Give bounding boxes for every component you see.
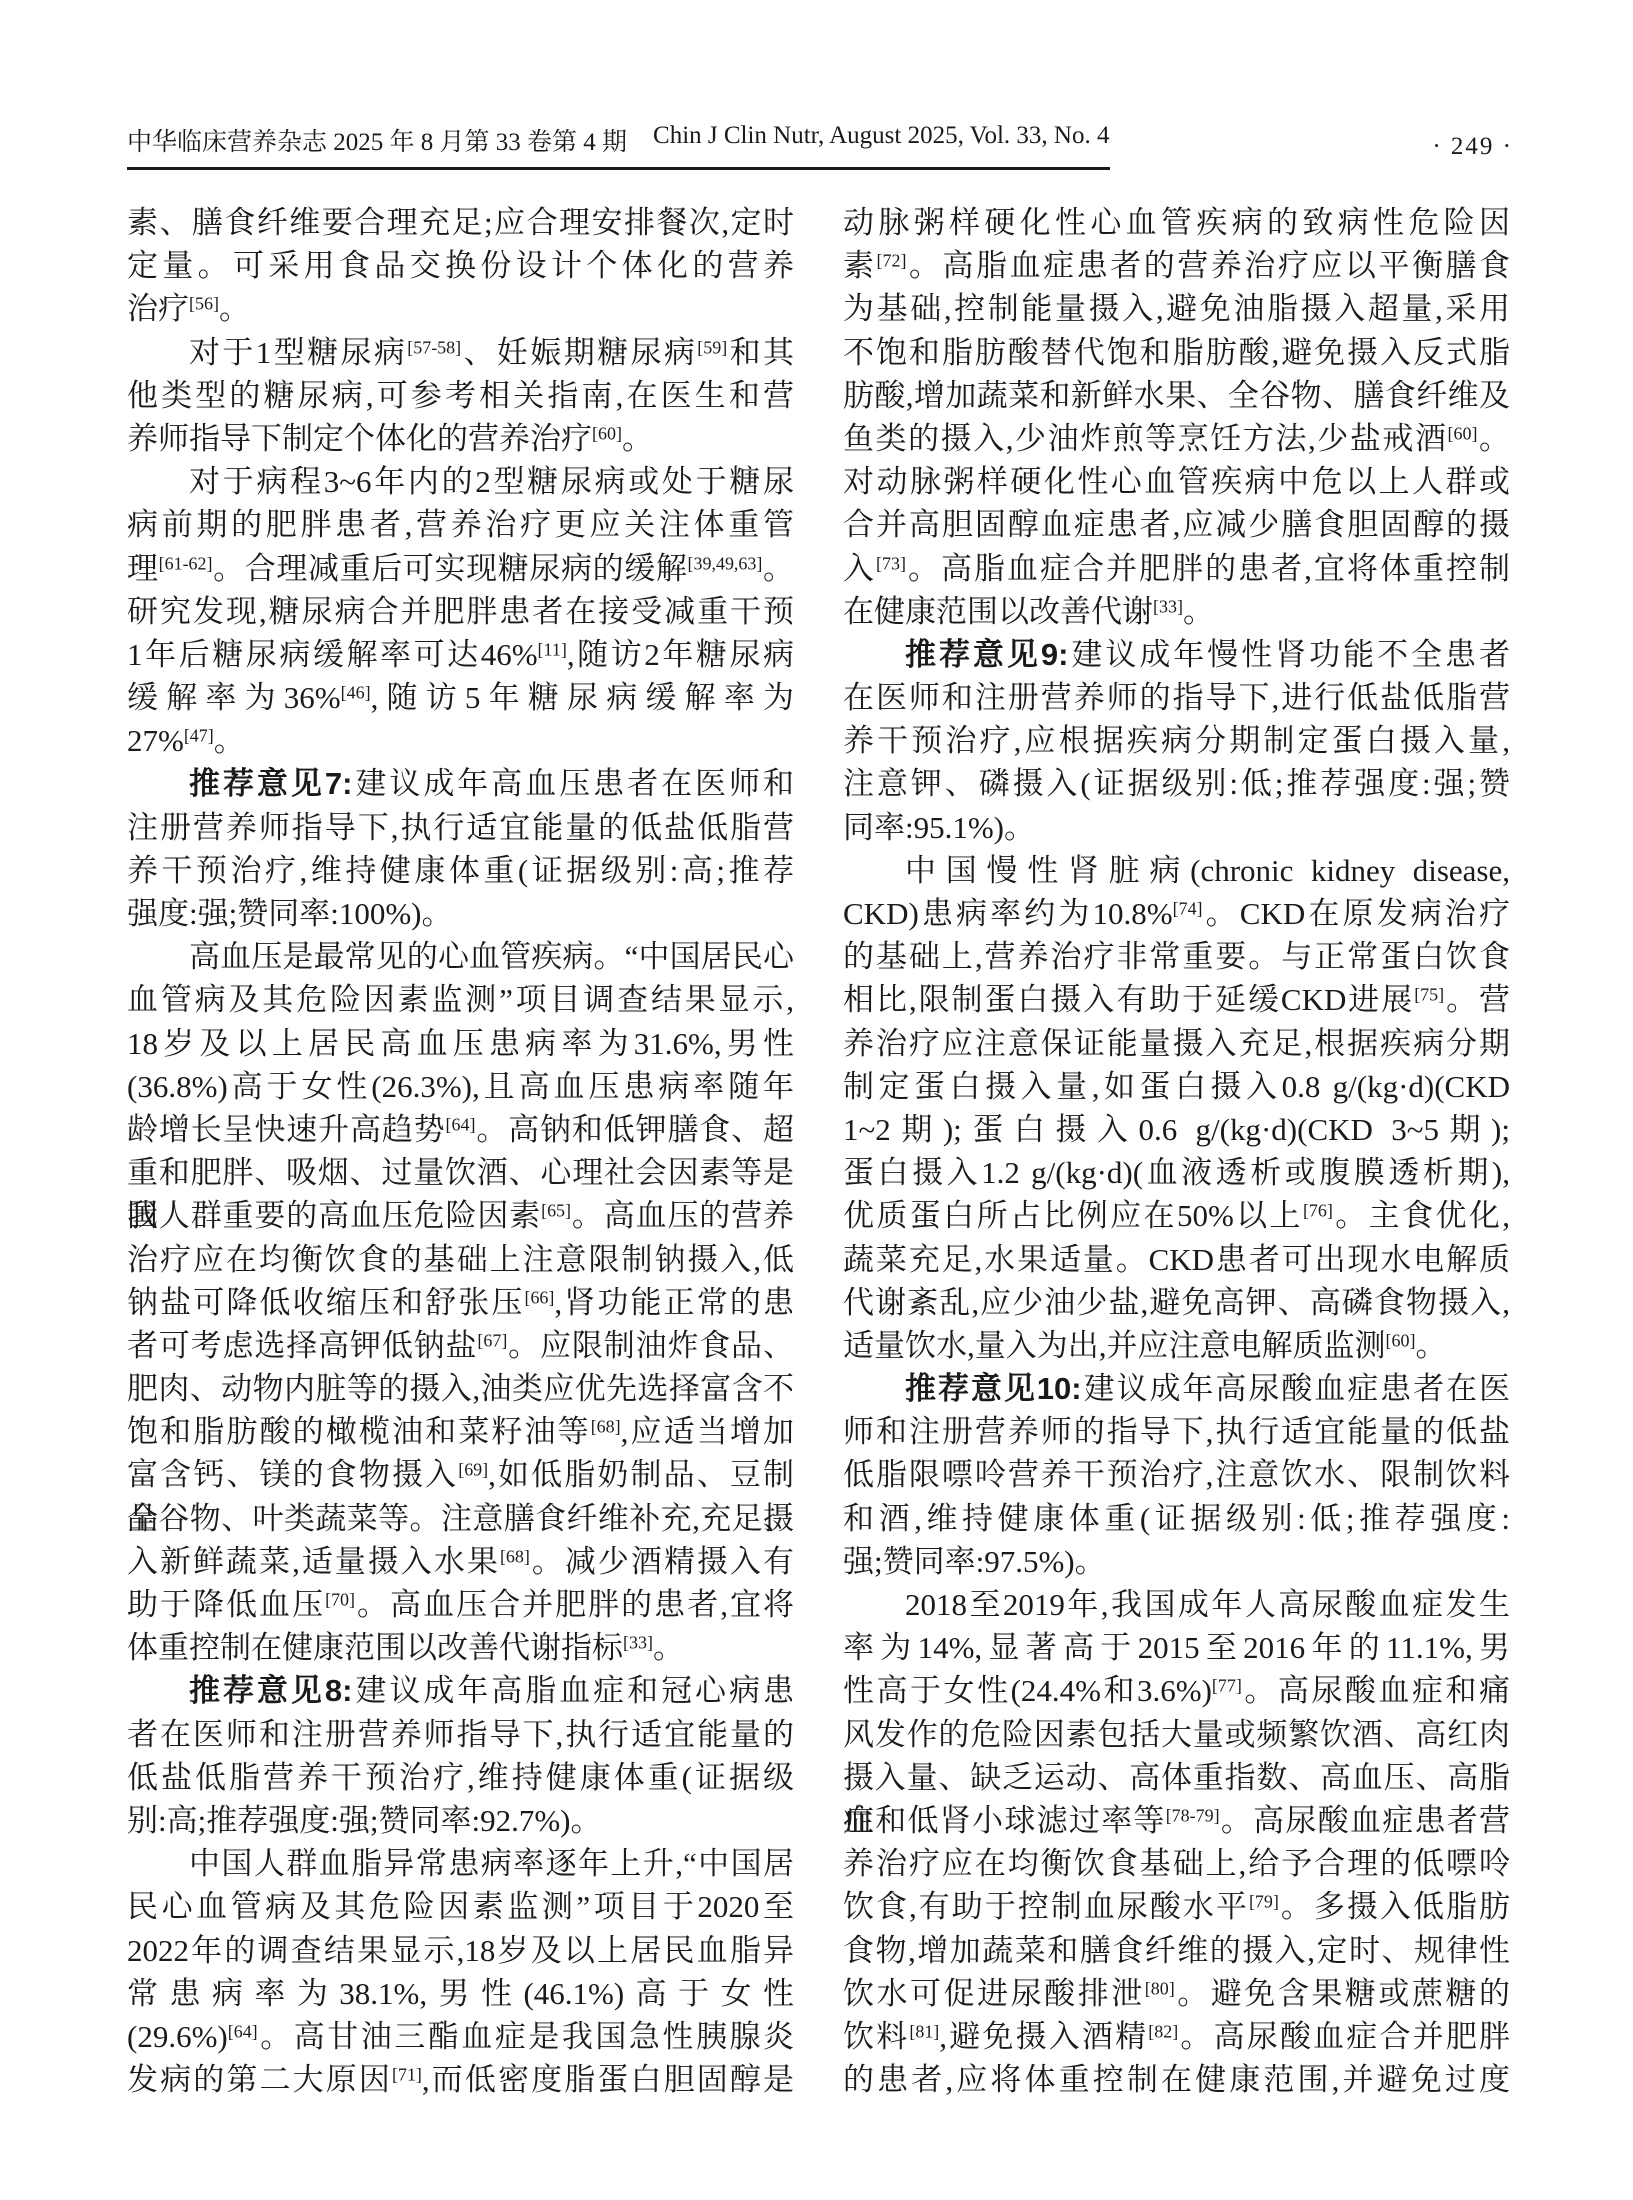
text-line: 国人群重要的高血压危险因素[65]。高血压的营养: [127, 1194, 794, 1237]
text-line: 养治疗应注意保证能量摄入充足,根据疾病分期: [843, 1022, 1510, 1065]
text-line: 在健康范围以改善代谢[33]。: [843, 590, 1510, 633]
text-line: 对于1型糖尿病[57-58]、妊娠期糖尿病[59]和其: [127, 331, 794, 374]
text-line: 优质蛋白所占比例应在50%以上[76]。主食优化,: [843, 1194, 1510, 1237]
text-line: 别:高;推荐强度:强;赞同率:92.7%)。: [127, 1799, 794, 1842]
text-line: 饮水可促进尿酸排泄[80]。避免含果糖或蔗糖的: [843, 1972, 1510, 2015]
text-line: 高血压是最常见的心血管疾病。“中国居民心: [127, 935, 794, 978]
reference-marker: [71]: [392, 2065, 422, 2085]
text-line: (29.6%)[64]。高甘油三酯血症是我国急性胰腺炎: [127, 2015, 794, 2058]
text-line: 饮食,有助于控制血尿酸水平[79]。多摄入低脂肪: [843, 1885, 1510, 1928]
text-line: 在医师和注册营养师的指导下,进行低盐低脂营: [843, 676, 1510, 719]
text-line: 全谷物、叶类蔬菜等。注意膳食纤维补充,充足摄: [127, 1497, 794, 1540]
column-right: 动脉粥样硬化性心血管疾病的致病性危险因素[72]。高脂血症患者的营养治疗应以平衡…: [843, 201, 1510, 2101]
journal-title-en: Chin J Clin Nutr, August 2025, Vol. 33, …: [653, 122, 1109, 158]
text-line: (36.8%)高于女性(26.3%),且高血压患病率随年: [127, 1065, 794, 1108]
text-line: 摄入量、缺乏运动、高体重指数、高血压、高脂血: [843, 1756, 1510, 1799]
text-line: 素[72]。高脂血症患者的营养治疗应以平衡膳食: [843, 244, 1510, 287]
text-line: 饮料[81],避免摄入酒精[82]。高尿酸血症合并肥胖: [843, 2015, 1510, 2058]
reference-marker: [74]: [1173, 899, 1203, 919]
text-line: 者在医师和注册营养师指导下,执行适宜能量的: [127, 1713, 794, 1756]
text-line: 低脂限嘌呤营养干预治疗,注意饮水、限制饮料: [843, 1453, 1510, 1496]
text-line: 的基础上,营养治疗非常重要。与正常蛋白饮食: [843, 935, 1510, 978]
reference-marker: [33]: [623, 1633, 653, 1653]
text-line: 龄增长呈快速升高趋势[64]。高钠和低钾膳食、超: [127, 1108, 794, 1151]
reference-marker: [47]: [184, 726, 214, 746]
text-line: 为基础,控制能量摄入,避免油脂摄入超量,采用: [843, 287, 1510, 330]
reference-marker: [68]: [500, 1546, 530, 1566]
text-line: 1年后糖尿病缓解率可达46%[11],随访2年糖尿病: [127, 633, 794, 676]
text-line: 中国人群血脂异常患病率逐年上升,“中国居: [127, 1842, 794, 1885]
journal-info: 中华临床营养杂志 2025 年 8 月第 33 卷第 4 期 Chin J Cl…: [127, 122, 1110, 170]
text-line: 养干预治疗,应根据疾病分期制定蛋白摄入量,: [843, 719, 1510, 762]
column-left: 素、膳食纤维要合理充足;应合理安排餐次,定时定量。可采用食品交换份设计个体化的营…: [127, 201, 794, 2101]
text-line: 治疗应在均衡饮食的基础上注意限制钠摄入,低: [127, 1238, 794, 1281]
reference-marker: [80]: [1145, 1978, 1175, 1998]
text-line: 和酒,维持健康体重(证据级别:低;推荐强度:: [843, 1497, 1510, 1540]
text-line: 饱和脂肪酸的橄榄油和菜籽油等[68],应适当增加: [127, 1410, 794, 1453]
text-line: 者可考虑选择高钾低钠盐[67]。应限制油炸食品、: [127, 1324, 794, 1367]
text-line: 研究发现,糖尿病合并肥胖患者在接受减重干预: [127, 590, 794, 633]
text-line: 食物,增加蔬菜和膳食纤维的摄入,定时、规律性: [843, 1929, 1510, 1972]
journal-title-zh: 中华临床营养杂志 2025 年 8 月第 33 卷第 4 期: [127, 122, 627, 158]
text-line: 鱼类的摄入,少油炸煎等烹饪方法,少盐戒酒[60]。: [843, 417, 1510, 460]
reference-marker: [76]: [1303, 1201, 1333, 1221]
text-line: 富含钙、镁的食物摄入[69],如低脂奶制品、豆制品、: [127, 1453, 794, 1496]
text-line: 民心血管病及其危险因素监测”项目于2020至: [127, 1885, 794, 1928]
text-line: 治疗[56]。: [127, 287, 794, 330]
text-line: 蛋白摄入1.2 g/(kg·d)(血液透析或腹膜透析期),: [843, 1151, 1510, 1194]
reference-marker: [81]: [909, 2022, 939, 2042]
reference-marker: [65]: [541, 1201, 571, 1221]
text-line: 助于降低血压[70]。高血压合并肥胖的患者,宜将: [127, 1583, 794, 1626]
reference-marker: [78-79]: [1166, 1806, 1220, 1826]
text-line: 的患者,应将体重控制在健康范围,并避免过度: [843, 2058, 1510, 2101]
text-line: 他类型的糖尿病,可参考相关指南,在医生和营: [127, 374, 794, 417]
text-line: 率为14%,显著高于2015至2016年的11.1%,男: [843, 1626, 1510, 1669]
text-line: 常患病率为38.1%,男性(46.1%)高于女性: [127, 1972, 794, 2015]
text-line: 推荐意见8:建议成年高脂血症和冠心病患: [127, 1669, 794, 1712]
reference-marker: [57-58]: [407, 337, 461, 357]
text-line: 血管病及其危险因素监测”项目调查结果显示,: [127, 978, 794, 1021]
text-line: 师和注册营养师的指导下,执行适宜能量的低盐: [843, 1410, 1510, 1453]
text-line: 2018至2019年,我国成年人高尿酸血症发生: [843, 1583, 1510, 1626]
text-line: 蔬菜充足,水果适量。CKD患者可出现水电解质: [843, 1238, 1510, 1281]
text-line: 强;赞同率:97.5%)。: [843, 1540, 1510, 1583]
reference-marker: [69]: [458, 1460, 488, 1480]
article-body: 素、膳食纤维要合理充足;应合理安排餐次,定时定量。可采用食品交换份设计个体化的营…: [127, 201, 1510, 2101]
reference-marker: [68]: [591, 1417, 621, 1437]
text-line: 18岁及以上居民高血压患病率为31.6%,男性: [127, 1022, 794, 1065]
text-line: 肥肉、动物内脏等的摄入,油类应优先选择富含不: [127, 1367, 794, 1410]
reference-marker: [72]: [877, 251, 907, 271]
text-line: 合并高胆固醇血症患者,应减少膳食胆固醇的摄: [843, 503, 1510, 546]
text-line: 注册营养师指导下,执行适宜能量的低盐低脂营: [127, 806, 794, 849]
text-line: 缓解率为36%[46],随访5年糖尿病缓解率为: [127, 676, 794, 719]
page-header: 中华临床营养杂志 2025 年 8 月第 33 卷第 4 期 Chin J Cl…: [127, 122, 1513, 170]
text-line: 相比,限制蛋白摄入有助于延缓CKD进展[75]。营: [843, 978, 1510, 1021]
reference-marker: [61-62]: [159, 553, 213, 573]
text-line: 风发作的危险因素包括大量或频繁饮酒、高红肉: [843, 1713, 1510, 1756]
text-line: 2022年的调查结果显示,18岁及以上居民血脂异: [127, 1929, 794, 1972]
text-line: 对于病程3~6年内的2型糖尿病或处于糖尿: [127, 460, 794, 503]
text-line: 入[73]。高脂血症合并肥胖的患者,宜将体重控制: [843, 547, 1510, 590]
text-line: 肪酸,增加蔬菜和新鲜水果、全谷物、膳食纤维及: [843, 374, 1510, 417]
text-line: 素、膳食纤维要合理充足;应合理安排餐次,定时: [127, 201, 794, 244]
reference-marker: [67]: [477, 1331, 507, 1351]
text-line: 理[61-62]。合理减重后可实现糖尿病的缓解[39,49,63]。: [127, 547, 794, 590]
journal-page: 中华临床营养杂志 2025 年 8 月第 33 卷第 4 期 Chin J Cl…: [0, 0, 1633, 2200]
text-line: 定量。可采用食品交换份设计个体化的营养: [127, 244, 794, 287]
text-line: 制定蛋白摄入量,如蛋白摄入0.8 g/(kg·d)(CKD: [843, 1065, 1510, 1108]
text-line: CKD)患病率约为10.8%[74]。CKD在原发病治疗: [843, 892, 1510, 935]
text-line: 体重控制在健康范围以改善代谢指标[33]。: [127, 1626, 794, 1669]
text-line: 钠盐可降低收缩压和舒张压[66],肾功能正常的患: [127, 1281, 794, 1324]
recommendation-label: 推荐意见8:: [189, 1673, 352, 1708]
text-line: 代谢紊乱,应少油少盐,避免高钾、高磷食物摄入,: [843, 1281, 1510, 1324]
reference-marker: [60]: [1386, 1331, 1416, 1351]
reference-marker: [79]: [1249, 1892, 1279, 1912]
reference-marker: [46]: [341, 683, 371, 703]
reference-marker: [64]: [446, 1115, 476, 1135]
reference-marker: [66]: [524, 1287, 554, 1307]
text-line: 同率:95.1%)。: [843, 806, 1510, 849]
text-line: 重和肥胖、吸烟、过量饮酒、心理社会因素等是我: [127, 1151, 794, 1194]
reference-marker: [11]: [538, 640, 567, 660]
text-line: 发病的第二大原因[71],而低密度脂蛋白胆固醇是: [127, 2058, 794, 2101]
reference-marker: [56]: [189, 294, 219, 314]
text-line: 养干预治疗,维持健康体重(证据级别:高;推荐: [127, 849, 794, 892]
text-line: 1~2期);蛋白摄入0.6 g/(kg·d)(CKD 3~5期);: [843, 1108, 1510, 1151]
text-line: 强度:强;赞同率:100%)。: [127, 892, 794, 935]
reference-marker: [60]: [1448, 424, 1478, 444]
text-line: 推荐意见10:建议成年高尿酸血症患者在医: [843, 1367, 1510, 1410]
text-line: 低盐低脂营养干预治疗,维持健康体重(证据级: [127, 1756, 794, 1799]
reference-marker: [60]: [592, 424, 622, 444]
text-line: 性高于女性(24.4%和3.6%)[77]。高尿酸血症和痛: [843, 1669, 1510, 1712]
text-line: 27%[47]。: [127, 719, 794, 762]
reference-marker: [33]: [1153, 596, 1183, 616]
page-number: · 249 ·: [1432, 133, 1513, 170]
text-line: 不饱和脂肪酸替代饱和脂肪酸,避免摄入反式脂: [843, 331, 1510, 374]
reference-marker: [59]: [697, 337, 727, 357]
text-line: 症和低肾小球滤过率等[78-79]。高尿酸血症患者营: [843, 1799, 1510, 1842]
reference-marker: [77]: [1212, 1676, 1242, 1696]
text-line: 动脉粥样硬化性心血管疾病的致病性危险因: [843, 201, 1510, 244]
reference-marker: [73]: [876, 553, 906, 573]
reference-marker: [82]: [1148, 2022, 1178, 2042]
text-line: 推荐意见7:建议成年高血压患者在医师和: [127, 762, 794, 805]
text-line: 适量饮水,量入为出,并应注意电解质监测[60]。: [843, 1324, 1510, 1367]
reference-marker: [39,49,63]: [688, 553, 763, 573]
text-line: 入新鲜蔬菜,适量摄入水果[68]。减少酒精摄入有: [127, 1540, 794, 1583]
reference-marker: [64]: [228, 2022, 258, 2042]
recommendation-label: 推荐意见9:: [905, 637, 1068, 672]
text-line: 养治疗应在均衡饮食基础上,给予合理的低嘌呤: [843, 1842, 1510, 1885]
recommendation-label: 推荐意见10:: [905, 1371, 1082, 1406]
reference-marker: [70]: [325, 1590, 355, 1610]
text-line: 注意钾、磷摄入(证据级别:低;推荐强度:强;赞: [843, 762, 1510, 805]
text-line: 病前期的肥胖患者,营养治疗更应关注体重管: [127, 503, 794, 546]
recommendation-label: 推荐意见7:: [189, 766, 352, 801]
text-line: 养师指导下制定个体化的营养治疗[60]。: [127, 417, 794, 460]
reference-marker: [75]: [1414, 985, 1444, 1005]
text-line: 推荐意见9:建议成年慢性肾功能不全患者: [843, 633, 1510, 676]
text-line: 中国慢性肾脏病(chronic kidney disease,: [843, 849, 1510, 892]
text-line: 对动脉粥样硬化性心血管疾病中危以上人群或: [843, 460, 1510, 503]
